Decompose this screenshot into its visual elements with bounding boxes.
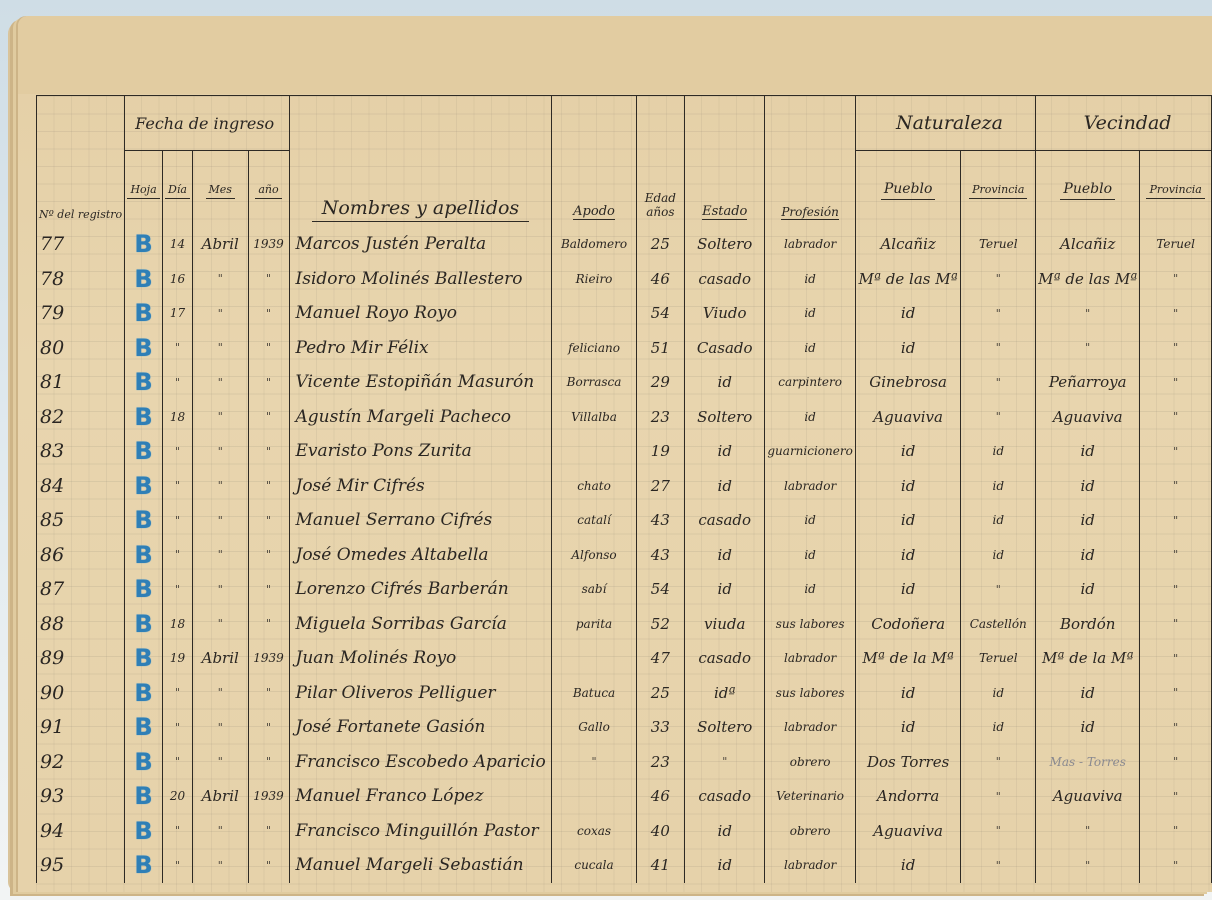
header-naturaleza-provincia: Provincia: [961, 151, 1036, 228]
nombre-cell: Miguela Sorribas García: [289, 607, 552, 642]
vecindad-provincia-cell: ": [1140, 434, 1212, 469]
vecindad-pueblo-cell: Alcañiz: [1036, 227, 1140, 262]
dia-cell: ": [163, 848, 193, 883]
hoja-mark: B: [125, 710, 163, 745]
anio-cell: ": [248, 365, 289, 400]
profesion-cell: obrero: [765, 814, 855, 849]
naturaleza-pueblo-cell: Ginebrosa: [855, 365, 961, 400]
profesion-cell: sus labores: [765, 607, 855, 642]
edad-cell: 23: [636, 745, 684, 780]
table-row: 93 B 20 Abril 1939 Manuel Franco López 4…: [37, 779, 1212, 814]
vecindad-provincia-cell: ": [1140, 365, 1212, 400]
header-naturaleza-pueblo: Pueblo: [855, 151, 961, 228]
profesion-cell: id: [765, 503, 855, 538]
anio-cell: 1939: [248, 779, 289, 814]
naturaleza-provincia-cell: id: [961, 434, 1036, 469]
vecindad-pueblo-cell: id: [1036, 469, 1140, 504]
registro-number: 78: [37, 262, 125, 297]
header-nombre: Nombres y apellidos: [289, 96, 552, 228]
vecindad-provincia-cell: ": [1140, 676, 1212, 711]
registro-number: 77: [37, 227, 125, 262]
edad-cell: 40: [636, 814, 684, 849]
naturaleza-pueblo-cell: Alcañiz: [855, 227, 961, 262]
edad-cell: 27: [636, 469, 684, 504]
edad-cell: 25: [636, 676, 684, 711]
table-row: 79 B 17 " " Manuel Royo Royo 54 Viudo id…: [37, 296, 1212, 331]
naturaleza-provincia-cell: Teruel: [961, 641, 1036, 676]
edad-cell: 52: [636, 607, 684, 642]
vecindad-pueblo-cell: Mª de las Mª: [1036, 262, 1140, 297]
naturaleza-pueblo-cell: id: [855, 503, 961, 538]
profesion-cell: id: [765, 331, 855, 366]
hoja-mark: B: [125, 262, 163, 297]
hoja-mark: B: [125, 641, 163, 676]
header-vecindad-provincia: Provincia: [1140, 151, 1212, 228]
registro-number: 91: [37, 710, 125, 745]
mes-cell: ": [192, 848, 248, 883]
table-row: 95 B " " " Manuel Margeli Sebastián cuca…: [37, 848, 1212, 883]
hoja-mark: B: [125, 469, 163, 504]
estado-cell: ": [685, 745, 765, 780]
nombre-cell: Pedro Mir Félix: [289, 331, 552, 366]
naturaleza-provincia-cell: id: [961, 538, 1036, 573]
apodo-cell: Gallo: [552, 710, 636, 745]
estado-cell: id: [685, 814, 765, 849]
hoja-mark: B: [125, 607, 163, 642]
profesion-cell: labrador: [765, 641, 855, 676]
vecindad-provincia-cell: ": [1140, 572, 1212, 607]
profesion-cell: id: [765, 400, 855, 435]
mes-cell: ": [192, 365, 248, 400]
profesion-cell: labrador: [765, 848, 855, 883]
estado-cell: Casado: [685, 331, 765, 366]
vecindad-provincia-cell: ": [1140, 779, 1212, 814]
edad-cell: 25: [636, 227, 684, 262]
naturaleza-pueblo-cell: Mª de las Mª: [855, 262, 961, 297]
profesion-cell: sus labores: [765, 676, 855, 711]
dia-cell: ": [163, 572, 193, 607]
naturaleza-provincia-cell: id: [961, 710, 1036, 745]
hoja-mark: B: [125, 538, 163, 573]
nombre-cell: Evaristo Pons Zurita: [289, 434, 552, 469]
apodo-cell: chato: [552, 469, 636, 504]
nombre-cell: Marcos Justén Peralta: [289, 227, 552, 262]
table-row: 92 B " " " Francisco Escobedo Aparicio "…: [37, 745, 1212, 780]
vecindad-provincia-cell: ": [1140, 331, 1212, 366]
dia-cell: ": [163, 676, 193, 711]
hoja-mark: B: [125, 434, 163, 469]
mes-cell: ": [192, 814, 248, 849]
header-vecindad-pueblo: Pueblo: [1036, 151, 1140, 228]
registro-number: 82: [37, 400, 125, 435]
vecindad-provincia-cell: ": [1140, 814, 1212, 849]
registro-number: 87: [37, 572, 125, 607]
vecindad-provincia-cell: Teruel: [1140, 227, 1212, 262]
naturaleza-provincia-cell: ": [961, 400, 1036, 435]
mes-cell: ": [192, 296, 248, 331]
estado-cell: id: [685, 538, 765, 573]
profesion-cell: id: [765, 538, 855, 573]
mes-cell: ": [192, 710, 248, 745]
mes-cell: Abril: [192, 641, 248, 676]
ledger-table: Nº del registro Fecha de ingreso Nombres…: [36, 95, 1212, 883]
table-row: 90 B " " " Pilar Oliveros Pelliguer Batu…: [37, 676, 1212, 711]
mes-cell: ": [192, 607, 248, 642]
hoja-mark: B: [125, 745, 163, 780]
naturaleza-provincia-cell: id: [961, 469, 1036, 504]
edad-cell: 33: [636, 710, 684, 745]
naturaleza-provincia-cell: ": [961, 848, 1036, 883]
profesion-cell: id: [765, 572, 855, 607]
dia-cell: ": [163, 434, 193, 469]
registro-number: 92: [37, 745, 125, 780]
header-hoja: Hoja: [125, 151, 163, 228]
vecindad-pueblo-cell: id: [1036, 572, 1140, 607]
naturaleza-provincia-cell: Castellón: [961, 607, 1036, 642]
header-mes: Mes: [192, 151, 248, 228]
anio-cell: ": [248, 262, 289, 297]
mes-cell: ": [192, 745, 248, 780]
header-anio: año: [248, 151, 289, 228]
vecindad-provincia-cell: ": [1140, 262, 1212, 297]
dia-cell: 18: [163, 400, 193, 435]
nombre-cell: Vicente Estopiñán Masurón: [289, 365, 552, 400]
registro-number: 94: [37, 814, 125, 849]
edad-cell: 19: [636, 434, 684, 469]
apodo-cell: Borrasca: [552, 365, 636, 400]
vecindad-provincia-cell: ": [1140, 710, 1212, 745]
naturaleza-pueblo-cell: Codoñera: [855, 607, 961, 642]
dia-cell: 18: [163, 607, 193, 642]
mes-cell: ": [192, 676, 248, 711]
mes-cell: Abril: [192, 779, 248, 814]
header-apodo: Apodo: [552, 96, 636, 228]
edad-cell: 23: [636, 400, 684, 435]
mes-cell: ": [192, 572, 248, 607]
nombre-cell: Pilar Oliveros Pelliguer: [289, 676, 552, 711]
registro-number: 79: [37, 296, 125, 331]
table-row: 84 B " " " José Mir Cifrés chato 27 id l…: [37, 469, 1212, 504]
dia-cell: ": [163, 469, 193, 504]
estado-cell: Soltero: [685, 400, 765, 435]
anio-cell: ": [248, 296, 289, 331]
registro-number: 84: [37, 469, 125, 504]
vecindad-pueblo-cell: ": [1036, 848, 1140, 883]
profesion-cell: guarnicionero: [765, 434, 855, 469]
naturaleza-provincia-cell: ": [961, 296, 1036, 331]
registro-number: 93: [37, 779, 125, 814]
vecindad-pueblo-cell: id: [1036, 434, 1140, 469]
naturaleza-provincia-cell: ": [961, 745, 1036, 780]
apodo-cell: catalí: [552, 503, 636, 538]
vecindad-provincia-cell: ": [1140, 607, 1212, 642]
hoja-mark: B: [125, 503, 163, 538]
vecindad-pueblo-cell: Bordón: [1036, 607, 1140, 642]
naturaleza-provincia-cell: ": [961, 262, 1036, 297]
table-row: 89 B 19 Abril 1939 Juan Molinés Royo 47 …: [37, 641, 1212, 676]
header-naturaleza: Naturaleza: [855, 96, 1035, 151]
edad-cell: 41: [636, 848, 684, 883]
anio-cell: ": [248, 538, 289, 573]
anio-cell: ": [248, 331, 289, 366]
naturaleza-pueblo-cell: id: [855, 469, 961, 504]
edad-cell: 47: [636, 641, 684, 676]
apodo-cell: [552, 434, 636, 469]
dia-cell: ": [163, 814, 193, 849]
hoja-mark: B: [125, 296, 163, 331]
vecindad-pueblo-cell: ": [1036, 296, 1140, 331]
naturaleza-pueblo-cell: id: [855, 676, 961, 711]
estado-cell: id: [685, 469, 765, 504]
vecindad-provincia-cell: ": [1140, 296, 1212, 331]
hoja-mark: B: [125, 365, 163, 400]
vecindad-pueblo-cell: Aguaviva: [1036, 400, 1140, 435]
estado-cell: id: [685, 848, 765, 883]
header-group-row: Nº del registro Fecha de ingreso Nombres…: [37, 96, 1212, 151]
mes-cell: ": [192, 400, 248, 435]
estado-cell: casado: [685, 641, 765, 676]
header-profesion: Profesión: [765, 96, 855, 228]
registro-number: 89: [37, 641, 125, 676]
nombre-cell: Isidoro Molinés Ballestero: [289, 262, 552, 297]
nombre-cell: José Fortanete Gasión: [289, 710, 552, 745]
naturaleza-pueblo-cell: id: [855, 848, 961, 883]
registro-number: 80: [37, 331, 125, 366]
header-fecha-ingreso: Fecha de ingreso: [125, 96, 289, 151]
edad-cell: 43: [636, 538, 684, 573]
apodo-cell: coxas: [552, 814, 636, 849]
nombre-cell: Manuel Margeli Sebastián: [289, 848, 552, 883]
registro-number: 95: [37, 848, 125, 883]
estado-cell: casado: [685, 262, 765, 297]
apodo-cell: Villalba: [552, 400, 636, 435]
apodo-cell: [552, 296, 636, 331]
profesion-cell: labrador: [765, 227, 855, 262]
apodo-cell: [552, 641, 636, 676]
table-row: 77 B 14 Abril 1939 Marcos Justén Peralta…: [37, 227, 1212, 262]
vecindad-provincia-cell: ": [1140, 469, 1212, 504]
hoja-mark: B: [125, 814, 163, 849]
registro-number: 86: [37, 538, 125, 573]
registro-number: 90: [37, 676, 125, 711]
naturaleza-pueblo-cell: id: [855, 434, 961, 469]
table-row: 78 B 16 " " Isidoro Molinés Ballestero R…: [37, 262, 1212, 297]
anio-cell: ": [248, 400, 289, 435]
nombre-cell: José Omedes Altabella: [289, 538, 552, 573]
table-row: 83 B " " " Evaristo Pons Zurita 19 id gu…: [37, 434, 1212, 469]
vecindad-pueblo-cell: Mas - Torres: [1036, 745, 1140, 780]
table-row: 88 B 18 " " Miguela Sorribas García pari…: [37, 607, 1212, 642]
edad-cell: 51: [636, 331, 684, 366]
hoja-mark: B: [125, 400, 163, 435]
naturaleza-pueblo-cell: id: [855, 572, 961, 607]
apodo-cell: cucala: [552, 848, 636, 883]
anio-cell: ": [248, 607, 289, 642]
edad-cell: 54: [636, 572, 684, 607]
vecindad-pueblo-cell: id: [1036, 710, 1140, 745]
hoja-mark: B: [125, 848, 163, 883]
apodo-cell: Baldomero: [552, 227, 636, 262]
naturaleza-provincia-cell: ": [961, 814, 1036, 849]
table-row: 82 B 18 " " Agustín Margeli Pacheco Vill…: [37, 400, 1212, 435]
registro-number: 81: [37, 365, 125, 400]
estado-cell: Soltero: [685, 710, 765, 745]
dia-cell: 17: [163, 296, 193, 331]
estado-cell: id: [685, 572, 765, 607]
naturaleza-pueblo-cell: Mª de la Mª: [855, 641, 961, 676]
naturaleza-pueblo-cell: id: [855, 296, 961, 331]
table-row: 85 B " " " Manuel Serrano Cifrés catalí …: [37, 503, 1212, 538]
nombre-cell: Francisco Minguillón Pastor: [289, 814, 552, 849]
nombre-cell: Manuel Serrano Cifrés: [289, 503, 552, 538]
mes-cell: ": [192, 434, 248, 469]
vecindad-pueblo-cell: id: [1036, 676, 1140, 711]
hoja-mark: B: [125, 331, 163, 366]
dia-cell: ": [163, 710, 193, 745]
apodo-cell: Rieiro: [552, 262, 636, 297]
hoja-mark: B: [125, 572, 163, 607]
profesion-cell: Veterinario: [765, 779, 855, 814]
hoja-mark: B: [125, 227, 163, 262]
naturaleza-pueblo-cell: id: [855, 331, 961, 366]
table-row: 94 B " " " Francisco Minguillón Pastor c…: [37, 814, 1212, 849]
estado-cell: casado: [685, 779, 765, 814]
naturaleza-provincia-cell: ": [961, 572, 1036, 607]
vecindad-provincia-cell: ": [1140, 400, 1212, 435]
profesion-cell: carpintero: [765, 365, 855, 400]
mes-cell: ": [192, 262, 248, 297]
dia-cell: ": [163, 745, 193, 780]
dia-cell: ": [163, 538, 193, 573]
vecindad-provincia-cell: ": [1140, 745, 1212, 780]
profesion-cell: id: [765, 296, 855, 331]
vecindad-pueblo-cell: id: [1036, 503, 1140, 538]
table-row: 81 B " " " Vicente Estopiñán Masurón Bor…: [37, 365, 1212, 400]
naturaleza-pueblo-cell: Aguaviva: [855, 400, 961, 435]
table-row: 87 B " " " Lorenzo Cifrés Barberán sabí …: [37, 572, 1212, 607]
ledger-body: 77 B 14 Abril 1939 Marcos Justén Peralta…: [37, 227, 1212, 883]
naturaleza-provincia-cell: Teruel: [961, 227, 1036, 262]
vecindad-pueblo-cell: id: [1036, 538, 1140, 573]
naturaleza-provincia-cell: ": [961, 779, 1036, 814]
edad-cell: 54: [636, 296, 684, 331]
dia-cell: 14: [163, 227, 193, 262]
header-estado: Estado: [685, 96, 765, 228]
vecindad-provincia-cell: ": [1140, 641, 1212, 676]
naturaleza-provincia-cell: id: [961, 503, 1036, 538]
estado-cell: id: [685, 365, 765, 400]
naturaleza-pueblo-cell: id: [855, 538, 961, 573]
anio-cell: ": [248, 503, 289, 538]
estado-cell: Soltero: [685, 227, 765, 262]
edad-cell: 46: [636, 779, 684, 814]
estado-cell: Viudo: [685, 296, 765, 331]
apodo-cell: sabí: [552, 572, 636, 607]
anio-cell: ": [248, 710, 289, 745]
hoja-mark: B: [125, 779, 163, 814]
header-dia: Día: [163, 151, 193, 228]
naturaleza-pueblo-cell: Andorra: [855, 779, 961, 814]
estado-cell: idª: [685, 676, 765, 711]
header-edad: Edad años: [636, 96, 684, 228]
apodo-cell: Batuca: [552, 676, 636, 711]
vecindad-pueblo-cell: Peñarroya: [1036, 365, 1140, 400]
nombre-cell: Agustín Margeli Pacheco: [289, 400, 552, 435]
apodo-cell: parita: [552, 607, 636, 642]
dia-cell: 20: [163, 779, 193, 814]
anio-cell: 1939: [248, 227, 289, 262]
profesion-cell: labrador: [765, 469, 855, 504]
nombre-cell: Manuel Franco López: [289, 779, 552, 814]
nombre-cell: Lorenzo Cifrés Barberán: [289, 572, 552, 607]
nombre-cell: Juan Molinés Royo: [289, 641, 552, 676]
naturaleza-pueblo-cell: Dos Torres: [855, 745, 961, 780]
dia-cell: ": [163, 331, 193, 366]
registro-number: 88: [37, 607, 125, 642]
table-row: 86 B " " " José Omedes Altabella Alfonso…: [37, 538, 1212, 573]
dia-cell: ": [163, 365, 193, 400]
registro-number: 83: [37, 434, 125, 469]
mes-cell: ": [192, 538, 248, 573]
anio-cell: ": [248, 572, 289, 607]
apodo-cell: feliciano: [552, 331, 636, 366]
table-row: 91 B " " " José Fortanete Gasión Gallo 3…: [37, 710, 1212, 745]
hoja-mark: B: [125, 676, 163, 711]
estado-cell: viuda: [685, 607, 765, 642]
anio-cell: ": [248, 434, 289, 469]
mes-cell: ": [192, 331, 248, 366]
vecindad-provincia-cell: ": [1140, 503, 1212, 538]
apodo-cell: [552, 779, 636, 814]
estado-cell: id: [685, 434, 765, 469]
table-row: 80 B " " " Pedro Mir Félix feliciano 51 …: [37, 331, 1212, 366]
profesion-cell: id: [765, 262, 855, 297]
nombre-cell: Manuel Royo Royo: [289, 296, 552, 331]
anio-cell: ": [248, 814, 289, 849]
nombre-cell: José Mir Cifrés: [289, 469, 552, 504]
mes-cell: ": [192, 469, 248, 504]
vecindad-pueblo-cell: ": [1036, 331, 1140, 366]
estado-cell: casado: [685, 503, 765, 538]
vecindad-pueblo-cell: Mª de la Mª: [1036, 641, 1140, 676]
anio-cell: 1939: [248, 641, 289, 676]
page-top-margin: [18, 16, 1212, 94]
naturaleza-provincia-cell: id: [961, 676, 1036, 711]
naturaleza-pueblo-cell: id: [855, 710, 961, 745]
vecindad-pueblo-cell: Aguaviva: [1036, 779, 1140, 814]
edad-cell: 43: [636, 503, 684, 538]
header-vecindad: Vecindad: [1036, 96, 1212, 151]
naturaleza-provincia-cell: ": [961, 331, 1036, 366]
anio-cell: ": [248, 676, 289, 711]
dia-cell: 19: [163, 641, 193, 676]
edad-cell: 29: [636, 365, 684, 400]
edad-cell: 46: [636, 262, 684, 297]
mes-cell: ": [192, 503, 248, 538]
apodo-cell: Alfonso: [552, 538, 636, 573]
dia-cell: ": [163, 503, 193, 538]
anio-cell: ": [248, 848, 289, 883]
naturaleza-pueblo-cell: Aguaviva: [855, 814, 961, 849]
apodo-cell: ": [552, 745, 636, 780]
anio-cell: ": [248, 745, 289, 780]
naturaleza-provincia-cell: ": [961, 365, 1036, 400]
vecindad-provincia-cell: ": [1140, 848, 1212, 883]
vecindad-pueblo-cell: ": [1036, 814, 1140, 849]
profesion-cell: labrador: [765, 710, 855, 745]
header-num-registro: Nº del registro: [37, 96, 125, 228]
registro-number: 85: [37, 503, 125, 538]
